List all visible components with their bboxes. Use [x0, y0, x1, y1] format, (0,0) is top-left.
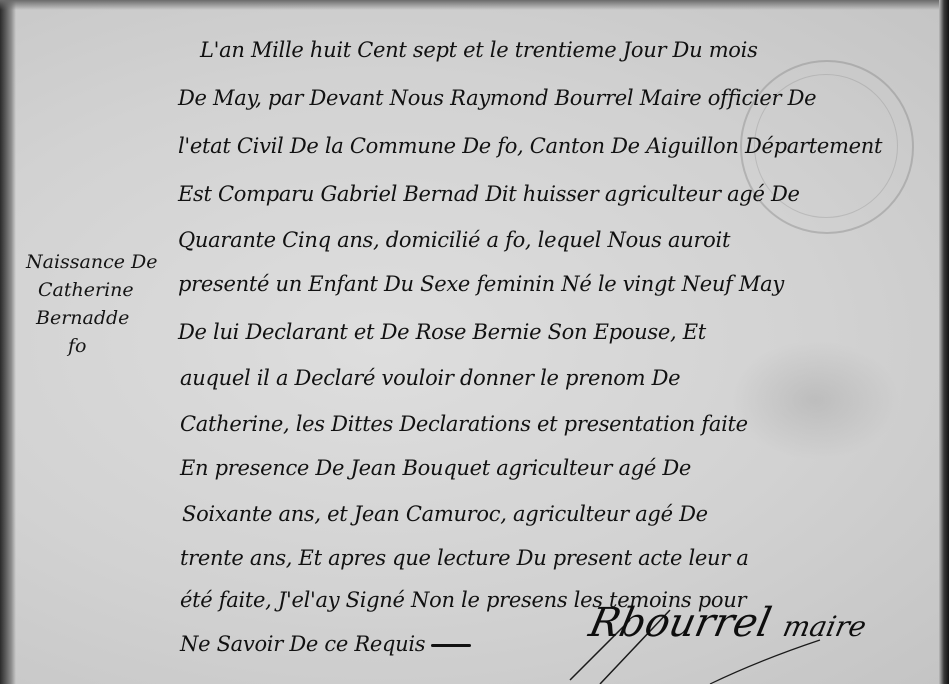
text-line: trente ans, Et apres que lecture Du pres… — [180, 546, 749, 570]
signature-name: Rbourrel — [585, 600, 775, 646]
margin-line: Catherine — [26, 276, 176, 304]
scanned-document-page: Naissance De Catherine Bernadde fo L'an … — [0, 0, 949, 684]
ink-smudge — [730, 340, 900, 460]
signature-title: maire — [780, 610, 869, 643]
text-line: Quarante Cinq ans, domicilié a fo, leque… — [178, 228, 730, 252]
text-line: De May, par Devant Nous Raymond Bourrel … — [178, 86, 816, 110]
text-line: De lui Declarant et De Rose Bernie Son E… — [178, 320, 706, 344]
closing-dash — [431, 644, 471, 647]
margin-annotation: Naissance De Catherine Bernadde fo — [26, 248, 176, 360]
closing-text: Ne Savoir De ce Requis — [180, 632, 425, 656]
text-line: auquel il a Declaré vouloir donner le pr… — [180, 366, 680, 390]
text-line: En presence De Jean Bouquet agriculteur … — [180, 456, 691, 480]
text-line: Ne Savoir De ce Requis — [180, 632, 471, 656]
text-line: presenté un Enfant Du Sexe feminin Né le… — [178, 272, 784, 296]
margin-line: Bernadde — [26, 304, 176, 332]
page-binding-edge — [0, 0, 16, 684]
margin-line: fo — [26, 332, 176, 360]
text-line: Catherine, les Dittes Declarations et pr… — [180, 412, 748, 436]
page-right-edge — [939, 0, 949, 684]
text-line: l'etat Civil De la Commune De fo, Canton… — [178, 134, 882, 158]
margin-line: Naissance De — [26, 248, 176, 276]
text-line: Soixante ans, et Jean Camuroc, agriculte… — [182, 502, 708, 526]
mayor-signature: Rbourrelmaire — [585, 600, 871, 646]
text-line: Est Comparu Gabriel Bernad Dit huisser a… — [178, 182, 800, 206]
page-top-edge — [0, 0, 949, 10]
text-line: L'an Mille huit Cent sept et le trentiem… — [200, 38, 758, 62]
